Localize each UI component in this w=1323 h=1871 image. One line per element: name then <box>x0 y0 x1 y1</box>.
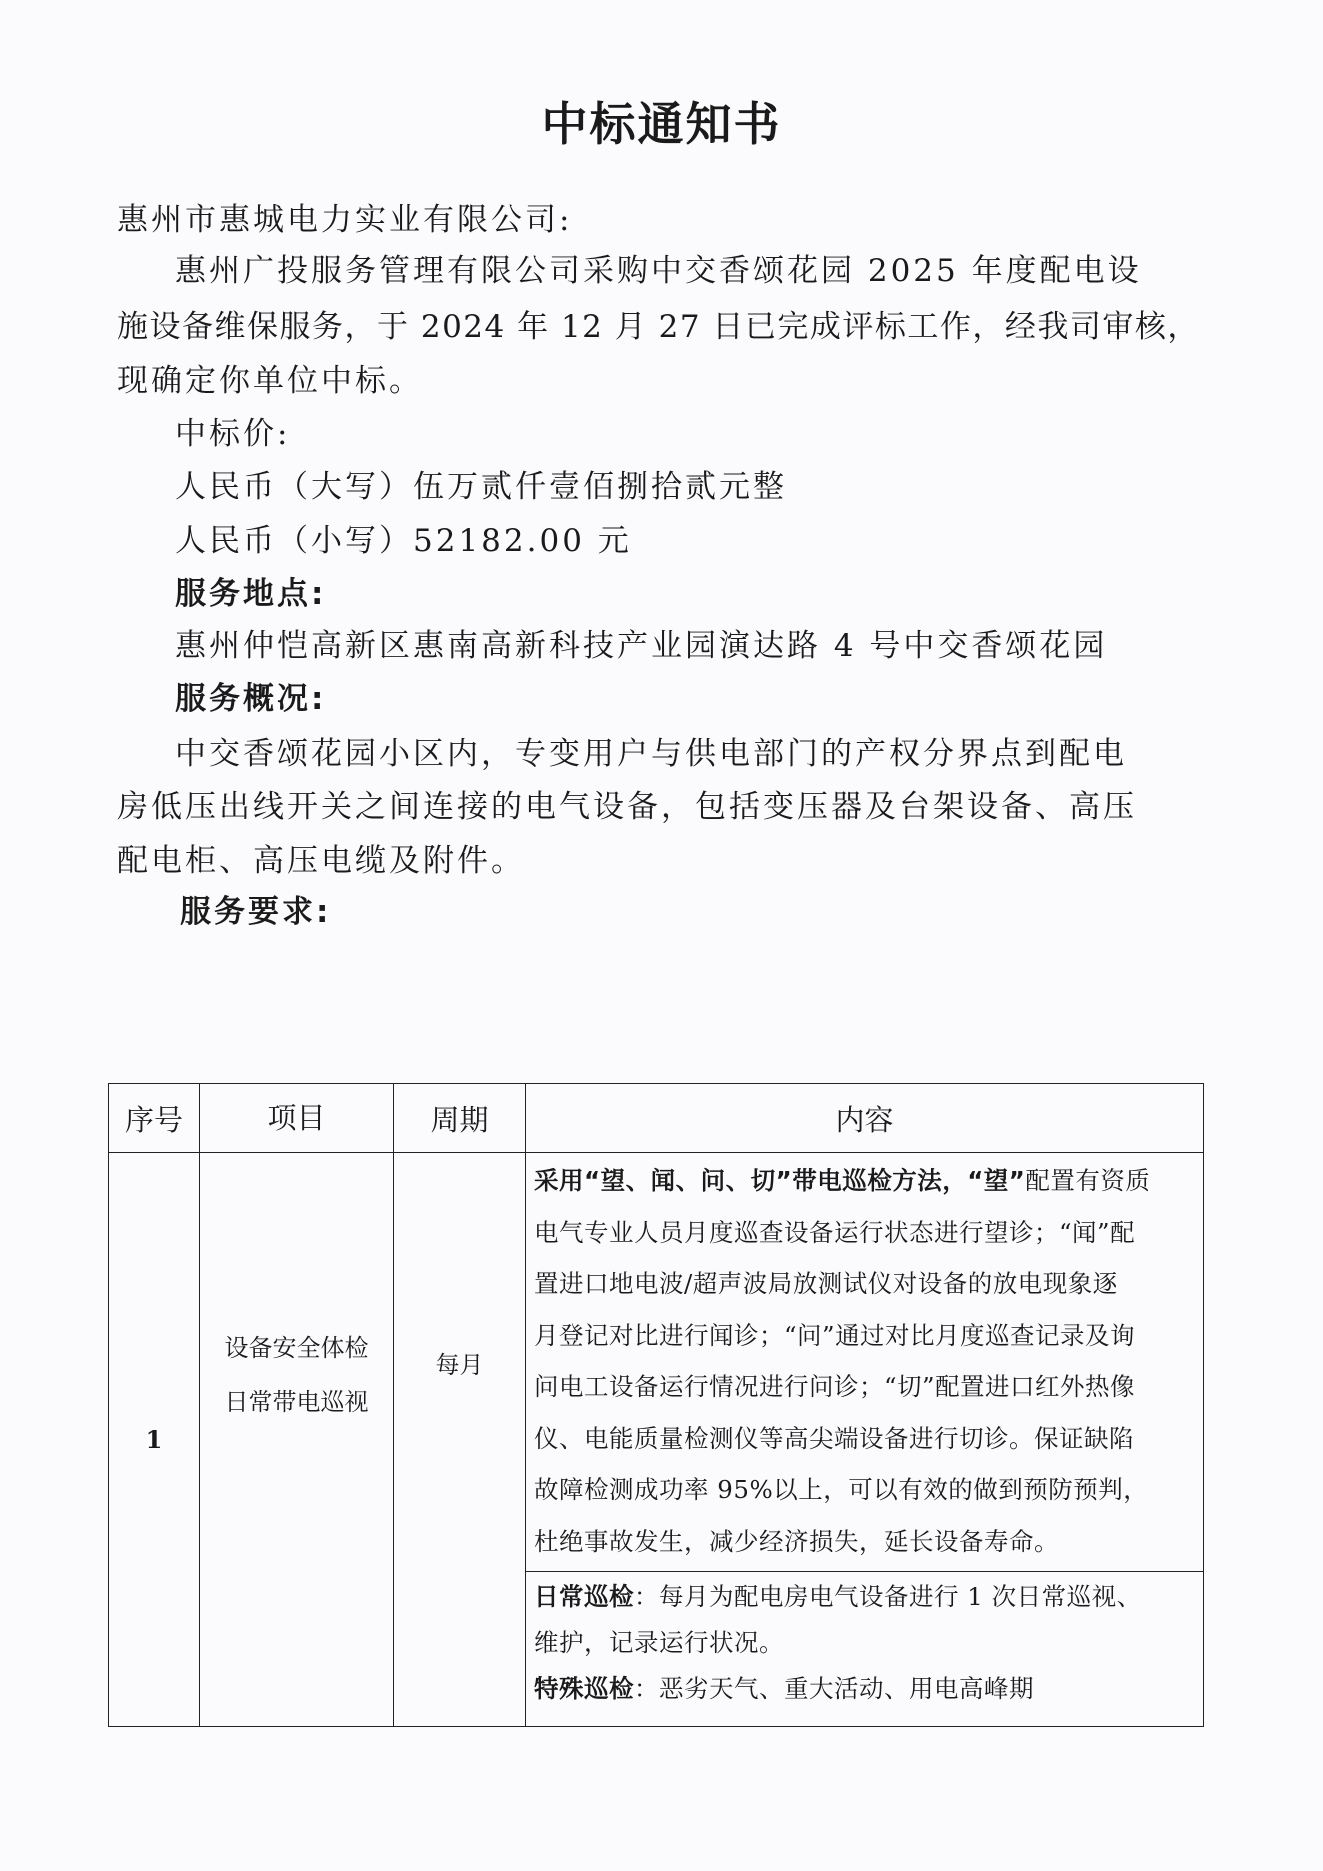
bid-price-label: 中标价: <box>175 408 290 453</box>
table-header-row: 序号 项目 周期 内容 <box>109 1084 1204 1153</box>
content-line-6: 仪、电能质量检测仪等高尖端设备进行切诊。保证缺陷 <box>534 1413 1195 1465</box>
intro-line-2: 施设备维保服务，于 2024 年 12 月 27 日已完成评标工作，经我司审核， <box>117 301 1200 346</box>
service-overview-line-2: 房低压出线开关之间连接的电气设备，包括变压器及台架设备、高压 <box>117 781 1137 826</box>
special-patrol-line: 特殊巡检：恶劣天气、重大活动、用电高峰期 <box>534 1666 1195 1712</box>
row-content-main: 采用“望、闻、问、切”带电巡检方法，“望”配置有资质 电气专业人员月度巡查设备运… <box>526 1153 1204 1572</box>
row-item-line-1: 设备安全体检 <box>200 1321 393 1375</box>
row-cycle: 每月 <box>394 1153 526 1727</box>
bid-price-lowercase: 人民币（小写）52182.00 元 <box>175 515 632 560</box>
content-line-5: 问电工设备运行情况进行问诊；“切”配置进口红外热像 <box>534 1361 1195 1413</box>
content-line-3: 置进口地电波/超声波局放测试仪对设备的放电现象逐 <box>534 1258 1195 1310</box>
row-item-line-2: 日常带电巡视 <box>200 1375 393 1429</box>
header-no: 序号 <box>109 1084 200 1153</box>
service-location-label: 服务地点: <box>175 568 326 613</box>
routine-patrol-line-1: 日常巡检：每月为配电房电气设备进行 1 次日常巡视、 <box>534 1574 1195 1620</box>
content-line-8: 杜绝事故发生，减少经济损失，延长设备寿命。 <box>534 1516 1195 1568</box>
header-cycle: 周期 <box>394 1084 526 1153</box>
intro-line-3: 现确定你单位中标。 <box>117 355 423 400</box>
header-content: 内容 <box>526 1084 1204 1153</box>
bid-price-uppercase: 人民币（大写）伍万贰仟壹佰捌拾贰元整 <box>175 461 787 506</box>
table-row: 1 设备安全体检 日常带电巡视 每月 采用“望、闻、问、切”带电巡检方法，“望”… <box>109 1153 1204 1572</box>
row-no: 1 <box>109 1153 200 1727</box>
content-line-7: 故障检测成功率 95%以上，可以有效的做到预防预判， <box>534 1464 1195 1516</box>
recipient: 惠州市惠城电力实业有限公司: <box>117 194 572 239</box>
header-item: 项目 <box>200 1084 394 1153</box>
row-content-patrol: 日常巡检：每月为配电房电气设备进行 1 次日常巡视、 维护，记录运行状况。 特殊… <box>526 1572 1204 1727</box>
content-line-2: 电气专业人员月度巡查设备运行状态进行望诊；“闻”配 <box>534 1207 1195 1259</box>
service-requirements-table: 序号 项目 周期 内容 1 设备安全体检 日常带电巡视 每月 采用“望、闻、问、… <box>108 1083 1204 1727</box>
document-title: 中标通知书 <box>0 88 1323 154</box>
intro-line-1: 惠州广投服务管理有限公司采购中交香颂花园 2025 年度配电设 <box>175 245 1142 290</box>
routine-patrol-line-2: 维护，记录运行状况。 <box>534 1620 1195 1666</box>
service-overview-line-1: 中交香颂花园小区内，专变用户与供电部门的产权分界点到配电 <box>175 728 1127 773</box>
row-item: 设备安全体检 日常带电巡视 <box>200 1153 394 1727</box>
content-line-1: 采用“望、闻、问、切”带电巡检方法，“望”配置有资质 <box>534 1155 1195 1207</box>
service-requirements-label: 服务要求: <box>180 886 331 931</box>
document-page: 中标通知书 惠州市惠城电力实业有限公司: 惠州广投服务管理有限公司采购中交香颂花… <box>0 0 1323 1871</box>
service-location-value: 惠州仲恺高新区惠南高新科技产业园演达路 4 号中交香颂花园 <box>175 620 1107 665</box>
content-line-4: 月登记对比进行闻诊；“问”通过对比月度巡查记录及询 <box>534 1310 1195 1362</box>
service-overview-label: 服务概况: <box>175 673 326 718</box>
service-overview-line-3: 配电柜、高压电缆及附件。 <box>117 835 525 880</box>
